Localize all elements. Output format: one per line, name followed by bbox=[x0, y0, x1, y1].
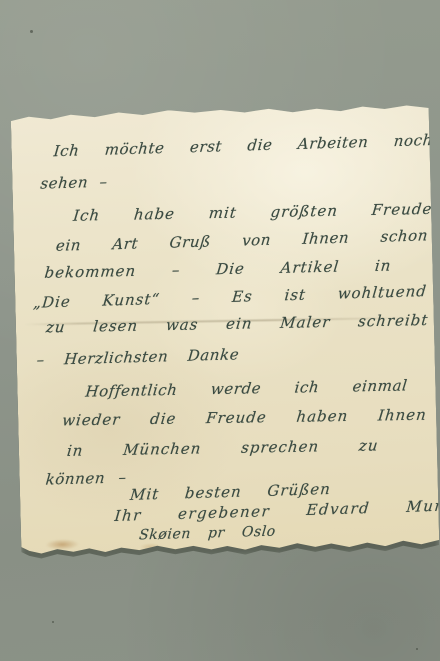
handwriting-line: sehen – bbox=[40, 173, 109, 194]
handwriting-line: wieder die Freude haben Ihnen bbox=[61, 406, 428, 431]
handwriting-line: können – bbox=[45, 468, 128, 489]
handwriting-line: zu lesen was ein Maler schreibt bbox=[45, 311, 429, 337]
dust-speck bbox=[416, 648, 418, 650]
foxing-stain bbox=[45, 539, 79, 551]
dust-speck bbox=[52, 621, 54, 623]
handwriting-line: Hoffentlich werde ich einmal bbox=[85, 376, 409, 401]
handwriting-line: bekommen – Die Artikel in bbox=[44, 256, 393, 282]
photo-background: Ich möchte erst die Arbeiten nochmals se… bbox=[0, 0, 440, 661]
handwriting-line: „Die Kunst“ – Es ist wohltuend bbox=[32, 282, 427, 313]
handwriting-line: Ich habe mit größten Freude bbox=[72, 200, 433, 226]
handwriting-line: in München sprechen zu bbox=[66, 436, 380, 460]
handwriting-line: Ich möchte erst die Arbeiten nochmals bbox=[53, 130, 440, 161]
dust-speck bbox=[30, 30, 33, 33]
handwriting-line: ein Art Gruß von Ihnen schon bbox=[55, 226, 429, 255]
letter-paper: Ich möchte erst die Arbeiten nochmals se… bbox=[11, 103, 440, 555]
handwriting-line: – Herzlichsten Danke bbox=[36, 345, 240, 370]
handwriting-line: Skøien pr Oslo bbox=[138, 523, 277, 546]
